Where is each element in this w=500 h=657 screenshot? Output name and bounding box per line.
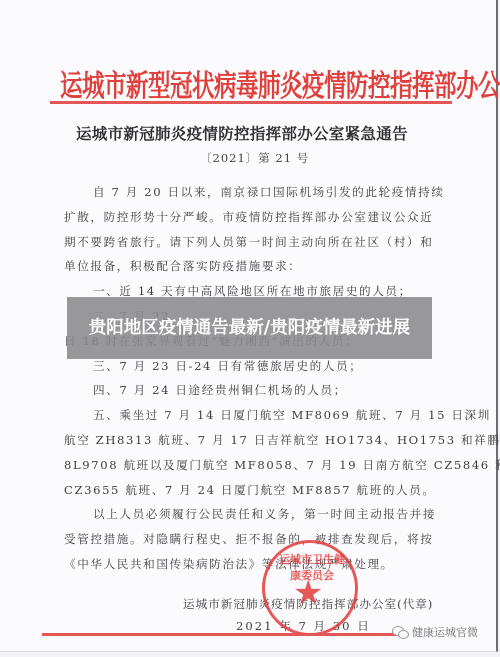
caption-text: 贵阳地区疫情通告最新/贵阳疫情最新进展 [80, 317, 420, 340]
closing-line: 受管控措施。对隐瞒行程史、拒不报备的，被排查发现后，将按 [64, 527, 454, 552]
intro-line: 扩散，防控形势十分严峻。市疫情防控指挥部办公室建议公众近 [64, 205, 454, 230]
star-icon: ★ [293, 573, 323, 613]
closing-line: 《中华人民共和国传染病防治法》等法律法规严肃处理。 [64, 552, 454, 577]
notice-title: 运城市新冠肺炎疫情防控指挥部办公室紧急通告 [76, 122, 436, 144]
intro-line: 自 7 月 20 日以来，南京禄口国际机场引发的此轮疫情持续 [64, 180, 454, 205]
document-number: 〔2021〕第 21 号 [200, 150, 309, 166]
official-stamp: 运城市卫生健康委员会 ★ [262, 540, 358, 636]
header-red-rule [50, 101, 452, 104]
intro-line: 期不要跨省旅行。请下列人员第一时间主动向所在社区（村）和 [64, 230, 454, 255]
list-item-5-cont: 8L9708 航班以及厦门航空 MF8058、7 月 19 日南方航空 CZ58… [64, 453, 454, 478]
list-item-5-cont: CZ3655 航班、7 月 24 日厦门航空 MF8857 航班的人员。 [64, 478, 454, 503]
footer-red-rule [42, 633, 407, 636]
watermark-label: 健康运城官微 [412, 624, 478, 640]
document-header-org: 运城市新型冠状病毒肺炎疫情防控指挥部办公室 [60, 62, 444, 105]
list-item-5-cont: 航空 ZH8313 航班、7 月 17 日吉祥航空 HO1734、HO1753 … [64, 428, 454, 453]
list-item-5: 五、乘坐过 7 月 14 日厦门航空 MF8069 航班、7 月 15 日深圳 [64, 403, 454, 428]
caption-overlay: 贵阳地区疫情通告最新/贵阳疫情最新进展 [67, 297, 432, 359]
intro-line: 单位报备，积极配合落实防疫措施要求： [64, 254, 454, 279]
list-item-4: 四、7 月 24 日途经贵州铜仁机场的人员； [64, 378, 454, 403]
watermark: 健康运城官微 [392, 624, 478, 640]
wechat-icon [392, 626, 408, 638]
closing-line: 以上人员必须履行公民责任和义务，第一时间主动报告并接 [64, 502, 454, 527]
document-body: 自 7 月 20 日以来，南京禄口国际机场引发的此轮疫情持续 扩散，防控形势十分… [64, 180, 454, 577]
